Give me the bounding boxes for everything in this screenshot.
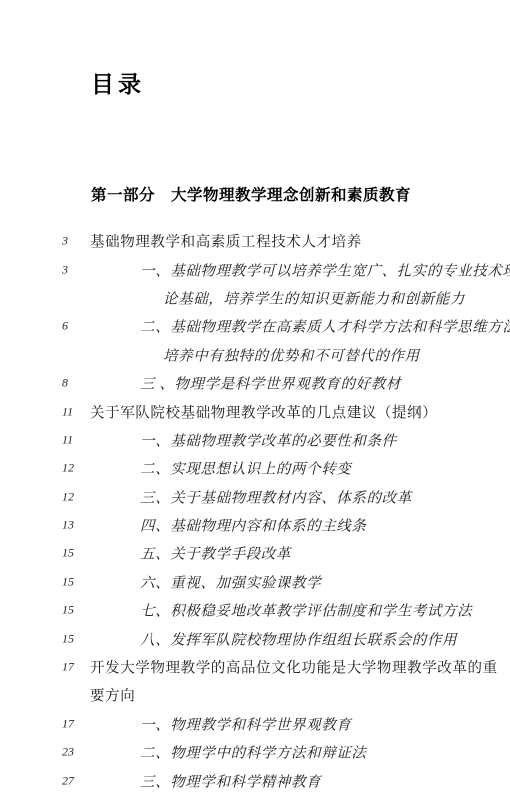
toc-row: 6二、基础物理教学在高素质人才科学方法和科学思维方法 <box>0 312 510 340</box>
toc-row: 11关于军队院校基础物理教学改革的几点建议（提纲） <box>0 397 510 425</box>
page-number: 6 <box>62 319 68 334</box>
page-number: 23 <box>62 745 74 760</box>
toc-row: 13四、基础物理内容和体系的主线条 <box>0 511 510 539</box>
toc-row: 8三 、物理学是科学世界观教育的好教材 <box>0 369 510 397</box>
toc-row: 11一、基础物理教学改革的必要性和条件 <box>0 426 510 454</box>
toc-row: 17开发大学物理教学的高品位文化功能是大学物理教学改革的重 <box>0 653 510 681</box>
toc-subentry: 二、基础物理教学在高素质人才科学方法和科学思维方法 <box>140 316 510 337</box>
toc-row: 17一、物理教学和科学世界观教育 <box>0 710 510 738</box>
page-number: 27 <box>62 773 74 788</box>
toc-subentry: 二、物理学中的科学方法和辩证法 <box>140 742 367 763</box>
page-number: 15 <box>62 631 74 646</box>
page-number: 15 <box>62 603 74 618</box>
toc-row: 要方向 <box>0 681 510 709</box>
toc-row: 15五、关于教学手段改革 <box>0 539 510 567</box>
page-number: 17 <box>62 716 74 731</box>
toc-subentry: 论基础，培养学生的知识更新能力和创新能力 <box>163 287 465 308</box>
page-number: 3 <box>62 234 68 249</box>
toc-subentry: 三、物理学和科学精神教育 <box>140 770 321 791</box>
toc-page: 目录 第一部分 大学物理教学理念创新和素质教育 3基础物理教学和高素质工程技术人… <box>0 0 510 800</box>
toc-subentry: 一、物理教学和科学世界观教育 <box>140 713 351 734</box>
toc-subentry: 三、关于基础物理教材内容、体系的改革 <box>140 486 412 507</box>
toc-row: 12二、实现思想认识上的两个转变 <box>0 454 510 482</box>
toc-row: 27三、物理学和科学精神教育 <box>0 766 510 794</box>
toc-row: 23二、物理学中的科学方法和辩证法 <box>0 738 510 766</box>
toc-row: 3一、基础物理教学可以培养学生宽广、扎实的专业技术理 <box>0 255 510 283</box>
toc-subentry: 三 、物理学是科学世界观教育的好教材 <box>140 373 401 394</box>
toc-row: 培养中有独特的优势和不可替代的作用 <box>0 341 510 369</box>
toc-entry-title: 要方向 <box>90 685 135 706</box>
page-title: 目录 <box>91 66 145 99</box>
toc-subentry: 六、重视、加强实验课教学 <box>140 571 321 592</box>
page-number: 17 <box>62 660 74 675</box>
page-number: 8 <box>62 376 68 391</box>
toc-subentry: 二、实现思想认识上的两个转变 <box>140 458 351 479</box>
toc-entry-title: 开发大学物理教学的高品位文化功能是大学物理教学改革的重 <box>90 657 498 678</box>
page-number: 12 <box>62 489 74 504</box>
page-number: 3 <box>62 262 68 277</box>
toc-entry-title: 关于军队院校基础物理教学改革的几点建议（提纲） <box>90 401 437 422</box>
toc-row: 15六、重视、加强实验课教学 <box>0 568 510 596</box>
toc-subentry: 一、基础物理教学改革的必要性和条件 <box>140 429 397 450</box>
toc-subentry: 一、基础物理教学可以培养学生宽广、扎实的专业技术理 <box>140 259 510 280</box>
toc-subentry: 七、积极稳妥地改革教学评估制度和学生考试方法 <box>140 600 472 621</box>
toc-entries: 3基础物理教学和高素质工程技术人才培养3一、基础物理教学可以培养学生宽广、扎实的… <box>0 227 510 795</box>
section-heading: 第一部分 大学物理教学理念创新和素质教育 <box>91 183 411 205</box>
page-number: 15 <box>62 546 74 561</box>
toc-subentry: 八、发挥军队院校物理协作组组长联系会的作用 <box>140 628 457 649</box>
toc-row: 12三、关于基础物理教材内容、体系的改革 <box>0 483 510 511</box>
toc-entry-title: 基础物理教学和高素质工程技术人才培养 <box>90 231 362 252</box>
page-number: 11 <box>62 432 73 447</box>
toc-subentry: 四、基础物理内容和体系的主线条 <box>140 515 367 536</box>
toc-row: 论基础，培养学生的知识更新能力和创新能力 <box>0 284 510 312</box>
toc-row: 15七、积极稳妥地改革教学评估制度和学生考试方法 <box>0 596 510 624</box>
page-number: 11 <box>62 404 73 419</box>
toc-row: 3基础物理教学和高素质工程技术人才培养 <box>0 227 510 255</box>
toc-subentry: 培养中有独特的优势和不可替代的作用 <box>163 344 420 365</box>
page-number: 13 <box>62 518 74 533</box>
page-number: 15 <box>62 574 74 589</box>
toc-subentry: 五、关于教学手段改革 <box>140 543 291 564</box>
toc-row: 15八、发挥军队院校物理协作组组长联系会的作用 <box>0 624 510 652</box>
page-number: 12 <box>62 461 74 476</box>
